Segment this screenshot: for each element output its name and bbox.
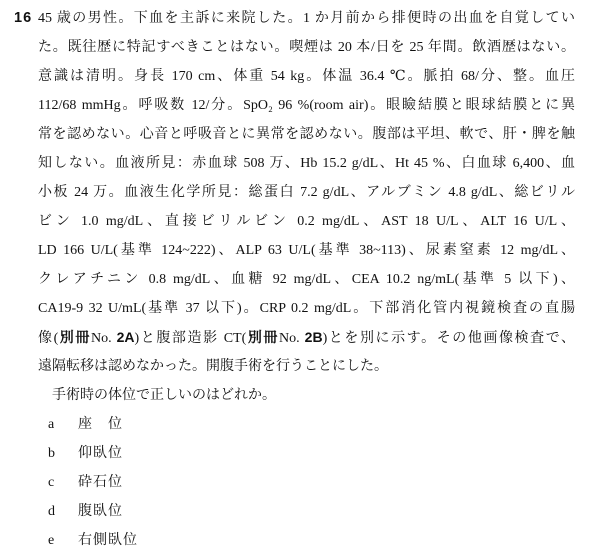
body-text: )と腹部造影 CT( bbox=[135, 331, 247, 346]
question-body-line: CA19-9 32 U/mL(基準 37 以下)。CRP 0.2 mg/dL。下… bbox=[38, 294, 575, 323]
body-text: No. bbox=[279, 331, 305, 346]
body-text: 常を認めない。心音と呼吸音とに異常を認めない。腹部は平坦、軟で、肝・脾を触 bbox=[38, 127, 575, 142]
option-label: 右側臥位 bbox=[78, 533, 138, 548]
option-label: 座 位 bbox=[78, 417, 123, 432]
option-letter: a bbox=[48, 410, 78, 439]
question-body-line: ビン 1.0 mg/dL、直接ビリルビン 0.2 mg/dL、AST 18 U/… bbox=[38, 207, 575, 236]
body-text: CA19-9 32 U/mL(基準 37 以下)。CRP 0.2 mg/dL。下… bbox=[38, 301, 575, 316]
option-letter: d bbox=[48, 497, 78, 526]
option-label: 砕石位 bbox=[78, 475, 123, 490]
body-text: 像( bbox=[38, 331, 58, 346]
question-body-line: 像(別冊No. 2A)と腹部造影 CT(別冊No. 2B)とを別に示す。その他画… bbox=[38, 323, 575, 352]
bold-reference-text: 別冊 bbox=[58, 329, 91, 345]
option-b: b仰臥位 bbox=[48, 439, 575, 468]
options-list: a座 位b仰臥位c砕石位d腹臥位e右側臥位 bbox=[38, 410, 575, 552]
option-letter: c bbox=[48, 468, 78, 497]
option-letter: b bbox=[48, 439, 78, 468]
body-text: 112/68 mmHg。呼吸数 12/分。SpO₂ 96 %(room air)… bbox=[38, 98, 575, 113]
option-a: a座 位 bbox=[48, 410, 575, 439]
body-text: た。既往歴に特記すべきことはない。喫煙は 20 本/日を 25 年間。飲酒歴はな… bbox=[38, 40, 575, 55]
exam-page: 16 45 歳の男性。下血を主訴に来院した。1 か月前から排便時の出血を自覚して… bbox=[0, 0, 589, 552]
question-body-line: 意識は清明。身長 170 cm、体重 54 kg。体温 36.4 ℃。脈拍 68… bbox=[38, 62, 575, 91]
option-c: c砕石位 bbox=[48, 468, 575, 497]
question-prompt: 手術時の体位で正しいのはどれか。 bbox=[52, 381, 575, 410]
bold-reference-text: 別冊 bbox=[246, 329, 279, 345]
question-body-line: 小板 24 万。血液生化学所見：総蛋白 7.2 g/dL、アルブミン 4.8 g… bbox=[38, 178, 575, 207]
body-text: クレアチニン 0.8 mg/dL、血糖 92 mg/dL、CEA 10.2 ng… bbox=[38, 272, 575, 287]
option-letter: e bbox=[48, 526, 78, 552]
option-e: e右側臥位 bbox=[48, 526, 575, 552]
question-content: 45 歳の男性。下血を主訴に来院した。1 か月前から排便時の出血を自覚していた。… bbox=[38, 4, 575, 552]
question-body-line: 遠隔転移は認めなかった。開腹手術を行うことにした。 bbox=[38, 352, 575, 381]
body-text: ビン 1.0 mg/dL、直接ビリルビン 0.2 mg/dL、AST 18 U/… bbox=[38, 214, 575, 229]
body-text: 意識は清明。身長 170 cm、体重 54 kg。体温 36.4 ℃。脈拍 68… bbox=[38, 69, 575, 84]
option-d: d腹臥位 bbox=[48, 497, 575, 526]
body-text: 遠隔転移は認めなかった。開腹手術を行うことにした。 bbox=[38, 359, 388, 374]
question-body-line: 45 歳の男性。下血を主訴に来院した。1 か月前から排便時の出血を自覚してい bbox=[38, 4, 575, 33]
bold-reference-text: 2B bbox=[305, 329, 323, 345]
body-text: 知しない。血液所見：赤血球 508 万、Hb 15.2 g/dL、Ht 45 %… bbox=[38, 156, 575, 171]
body-text: )とを別に示す。その他画像検査で、 bbox=[323, 331, 575, 346]
question-body-line: 知しない。血液所見：赤血球 508 万、Hb 15.2 g/dL、Ht 45 %… bbox=[38, 149, 575, 178]
question-body-line: LD 166 U/L(基準 124~222)、ALP 63 U/L(基準 38~… bbox=[38, 236, 575, 265]
question-body-line: た。既往歴に特記すべきことはない。喫煙は 20 本/日を 25 年間。飲酒歴はな… bbox=[38, 33, 575, 62]
body-text: 45 歳の男性。下血を主訴に来院した。1 か月前から排便時の出血を自覚してい bbox=[38, 11, 575, 26]
question-number: 16 bbox=[14, 4, 32, 33]
body-text: LD 166 U/L(基準 124~222)、ALP 63 U/L(基準 38~… bbox=[38, 243, 575, 258]
question-body-line: 112/68 mmHg。呼吸数 12/分。SpO₂ 96 %(room air)… bbox=[38, 91, 575, 120]
question-body-line: 常を認めない。心音と呼吸音とに異常を認めない。腹部は平坦、軟で、肝・脾を触 bbox=[38, 120, 575, 149]
question-body: 45 歳の男性。下血を主訴に来院した。1 か月前から排便時の出血を自覚していた。… bbox=[38, 4, 575, 381]
body-text: 小板 24 万。血液生化学所見：総蛋白 7.2 g/dL、アルブミン 4.8 g… bbox=[38, 185, 575, 200]
bold-reference-text: 2A bbox=[117, 329, 135, 345]
question-body-line: クレアチニン 0.8 mg/dL、血糖 92 mg/dL、CEA 10.2 ng… bbox=[38, 265, 575, 294]
option-label: 腹臥位 bbox=[78, 504, 123, 519]
option-label: 仰臥位 bbox=[78, 446, 123, 461]
body-text: No. bbox=[91, 331, 117, 346]
